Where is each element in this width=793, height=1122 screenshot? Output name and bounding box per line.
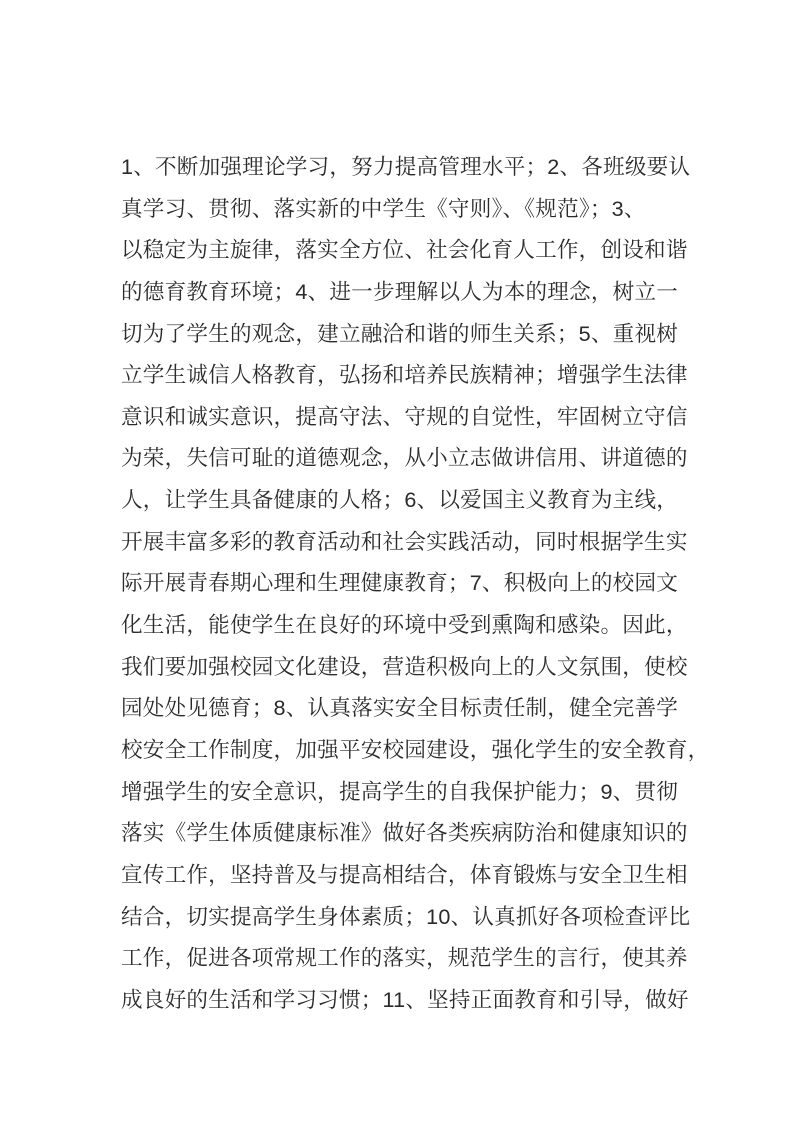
text-line: 立学生诚信人格教育，弘扬和培养民族精神；增强学生法律: [121, 354, 685, 396]
paragraph-block: 1、不断加强理论学习，努力提高管理水平；2、各班级要认真学习、贯彻、落实新的中学…: [121, 146, 685, 1020]
text-line: 园处处见德育；8、认真落实安全目标责任制，健全完善学: [121, 687, 685, 729]
text-line: 工作，促进各项常规工作的落实，规范学生的言行，使其养: [121, 937, 685, 979]
text-line: 以稳定为主旋律，落实全方位、社会化育人工作，创设和谐: [121, 229, 685, 271]
text-line: 切为了学生的观念，建立融洽和谐的师生关系；5、重视树: [121, 313, 685, 355]
text-line: 的德育教育环境；4、进一步理解以人为本的理念，树立一: [121, 271, 685, 313]
text-line: 为荣，失信可耻的道德观念，从小立志做讲信用、讲道德的: [121, 437, 685, 479]
text-line: 意识和诚实意识，提高守法、守规的自觉性，牢固树立守信: [121, 396, 685, 438]
text-line: 真学习、贯彻、落实新的中学生《守则》、《规范》；3、: [121, 188, 685, 230]
text-line: 成良好的生活和学习习惯；11、坚持正面教育和引导，做好: [121, 979, 685, 1021]
text-line: 增强学生的安全意识，提高学生的自我保护能力；9、贯彻: [121, 771, 685, 813]
text-line: 宣传工作，坚持普及与提高相结合，体育锻炼与安全卫生相: [121, 854, 685, 896]
text-line: 化生活，能使学生在良好的环境中受到熏陶和感染。因此，: [121, 604, 685, 646]
text-line: 人，让学生具备健康的人格；6、以爱国主义教育为主线，: [121, 479, 685, 521]
text-line: 结合，切实提高学生身体素质；10、认真抓好各项检查评比: [121, 896, 685, 938]
text-line: 我们要加强校园文化建设，营造积极向上的人文氛围，使校: [121, 646, 685, 688]
text-line: 1、不断加强理论学习，努力提高管理水平；2、各班级要认: [121, 146, 685, 188]
text-line: 落实《学生体质健康标准》做好各类疾病防治和健康知识的: [121, 812, 685, 854]
document-page: 1、不断加强理论学习，努力提高管理水平；2、各班级要认真学习、贯彻、落实新的中学…: [0, 0, 793, 1122]
text-line: 际开展青春期心理和生理健康教育；7、积极向上的校园文: [121, 562, 685, 604]
text-line: 开展丰富多彩的教育活动和社会实践活动，同时根据学生实: [121, 521, 685, 563]
text-line: 校安全工作制度，加强平安校园建设，强化学生的安全教育，: [121, 729, 685, 771]
